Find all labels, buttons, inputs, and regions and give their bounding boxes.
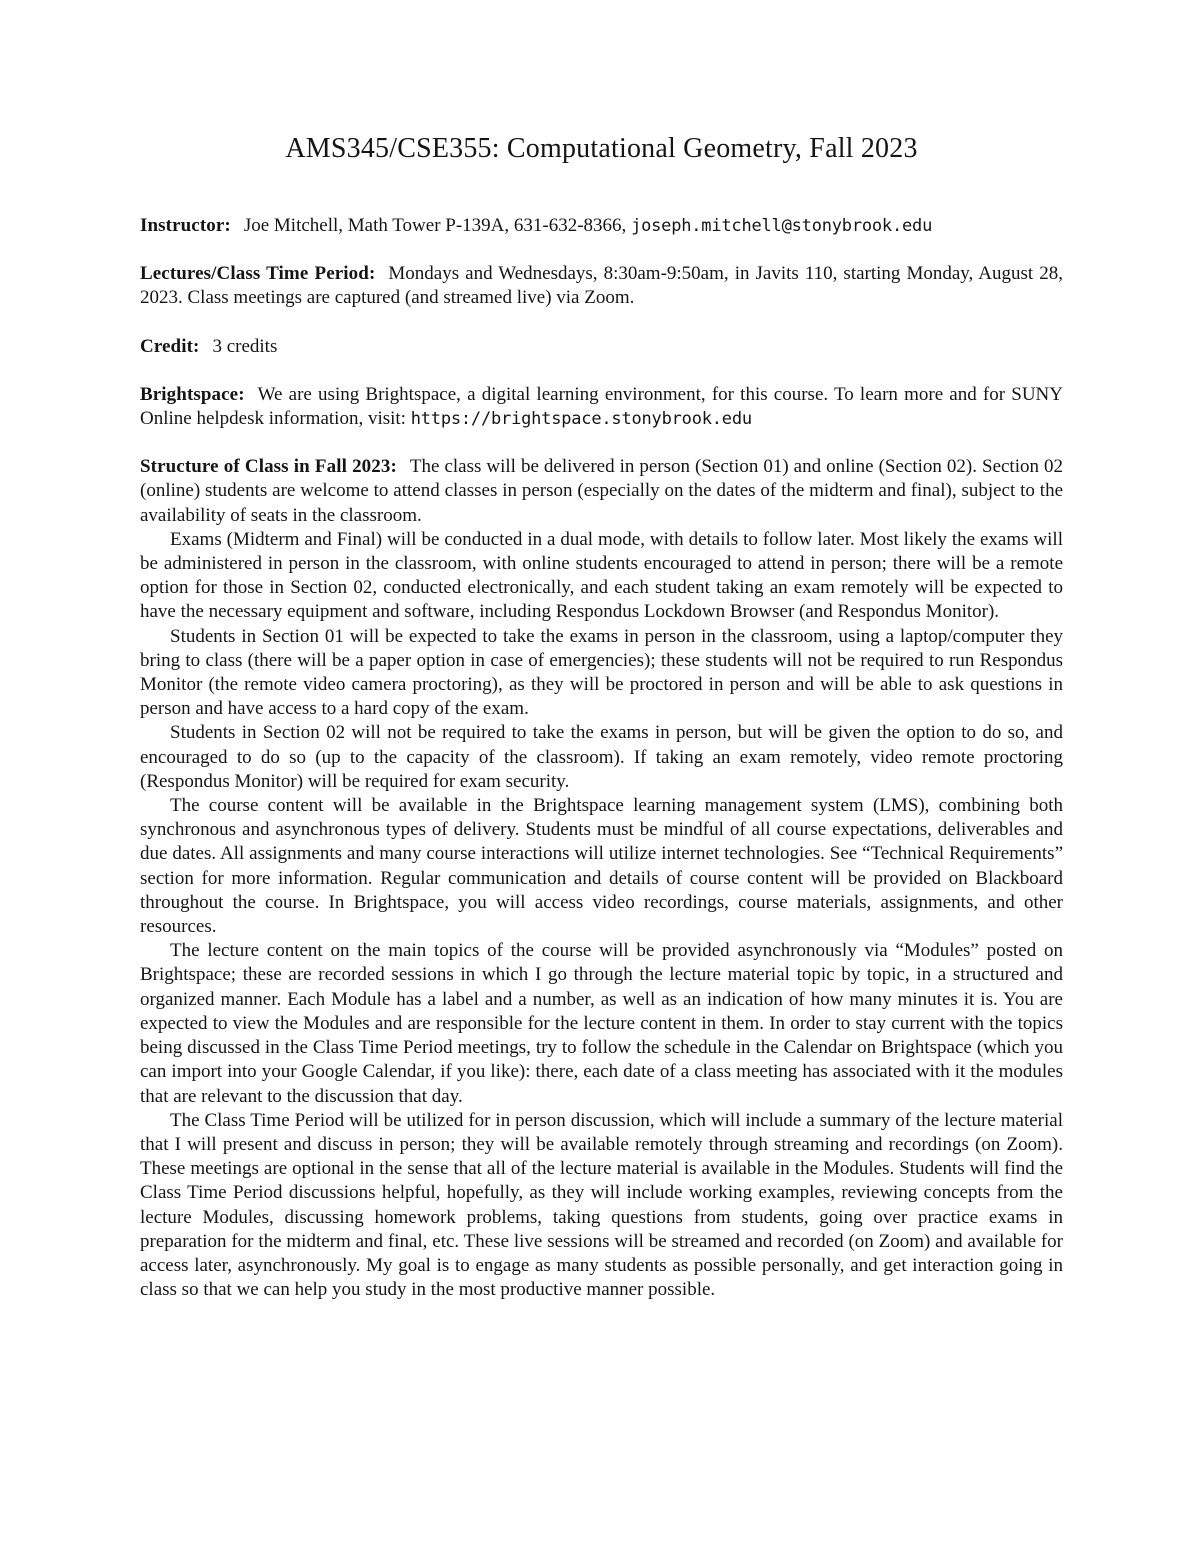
- structure-paragraph-course-content: The course content will be available in …: [140, 794, 1063, 939]
- structure-paragraph-section01: Students in Section 01 will be expected …: [140, 625, 1063, 722]
- structure-intro-block: Structure of Class in Fall 2023:The clas…: [140, 455, 1063, 528]
- syllabus-page: AMS345/CSE355: Computational Geometry, F…: [0, 0, 1200, 1553]
- instructor-text: Joe Mitchell, Math Tower P-139A, 631-632…: [244, 215, 627, 236]
- lectures-label: Lectures/Class Time Period:: [140, 263, 388, 284]
- structure-paragraph-lecture-content: The lecture content on the main topics o…: [140, 939, 1063, 1108]
- credit-text: 3 credits: [212, 336, 277, 357]
- brightspace-block: Brightspace:We are using Brightspace, a …: [140, 383, 1063, 431]
- instructor-block: Instructor:Joe Mitchell, Math Tower P-13…: [140, 214, 1063, 238]
- page-title: AMS345/CSE355: Computational Geometry, F…: [140, 132, 1063, 166]
- credit-block: Credit:3 credits: [140, 335, 1063, 359]
- instructor-email[interactable]: joseph.mitchell@stonybrook.edu: [631, 216, 932, 236]
- credit-label: Credit:: [140, 336, 212, 357]
- structure-paragraph-exams: Exams (Midterm and Final) will be conduc…: [140, 528, 1063, 625]
- lectures-block: Lectures/Class Time Period:Mondays and W…: [140, 262, 1063, 310]
- instructor-label: Instructor:: [140, 215, 244, 236]
- structure-label: Structure of Class in Fall 2023:: [140, 456, 410, 477]
- brightspace-url[interactable]: https://brightspace.stonybrook.edu: [411, 409, 752, 429]
- structure-paragraph-class-time-period: The Class Time Period will be utilized f…: [140, 1109, 1063, 1303]
- brightspace-label: Brightspace:: [140, 384, 258, 405]
- structure-paragraph-section02: Students in Section 02 will not be requi…: [140, 721, 1063, 794]
